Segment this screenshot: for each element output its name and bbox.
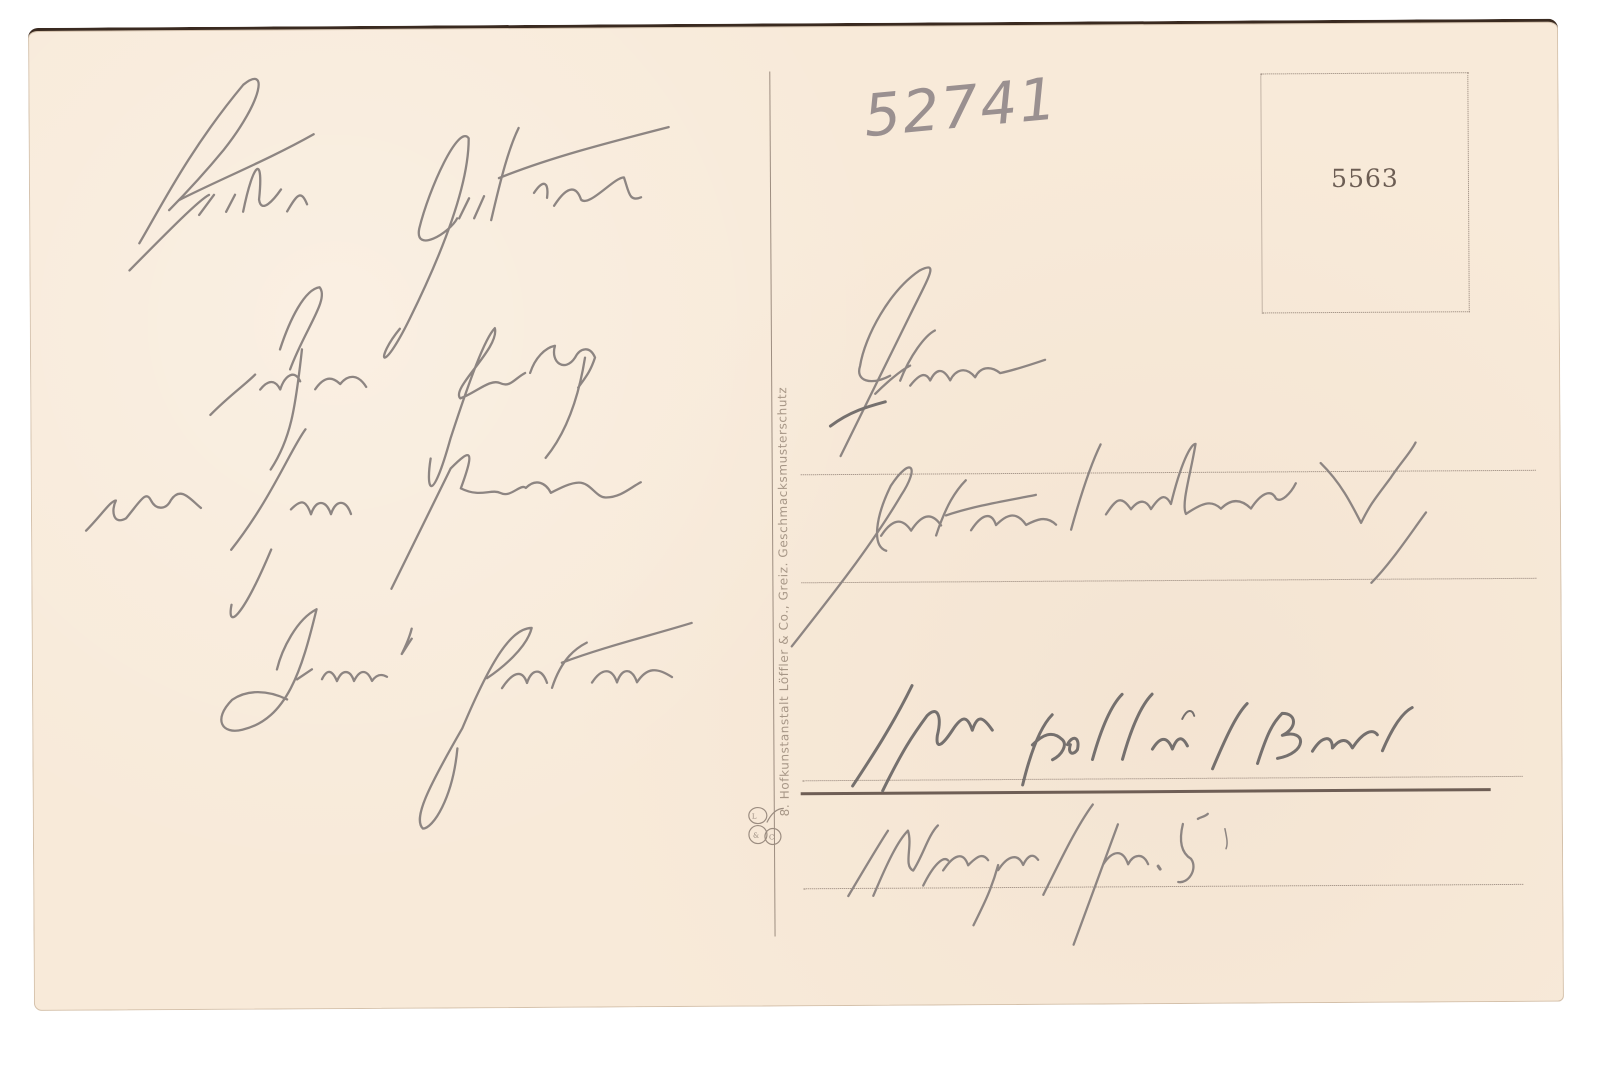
handwritten-message-line-2 [210,286,596,488]
handwritten-address-line-4 [848,804,1228,946]
handwritten-address-line-3 [852,683,1413,791]
handwritten-message-line-3 [85,427,641,656]
handwritten-message-line-1 [128,76,670,359]
handwritten-address-line-1 [829,267,1045,456]
handwritten-signature [221,607,693,830]
handwritten-address-line-2 [791,442,1427,646]
postcard: 52741 8. Hofkunstanstalt Löffler & Co., … [28,19,1564,1011]
handwriting [28,22,1564,1011]
